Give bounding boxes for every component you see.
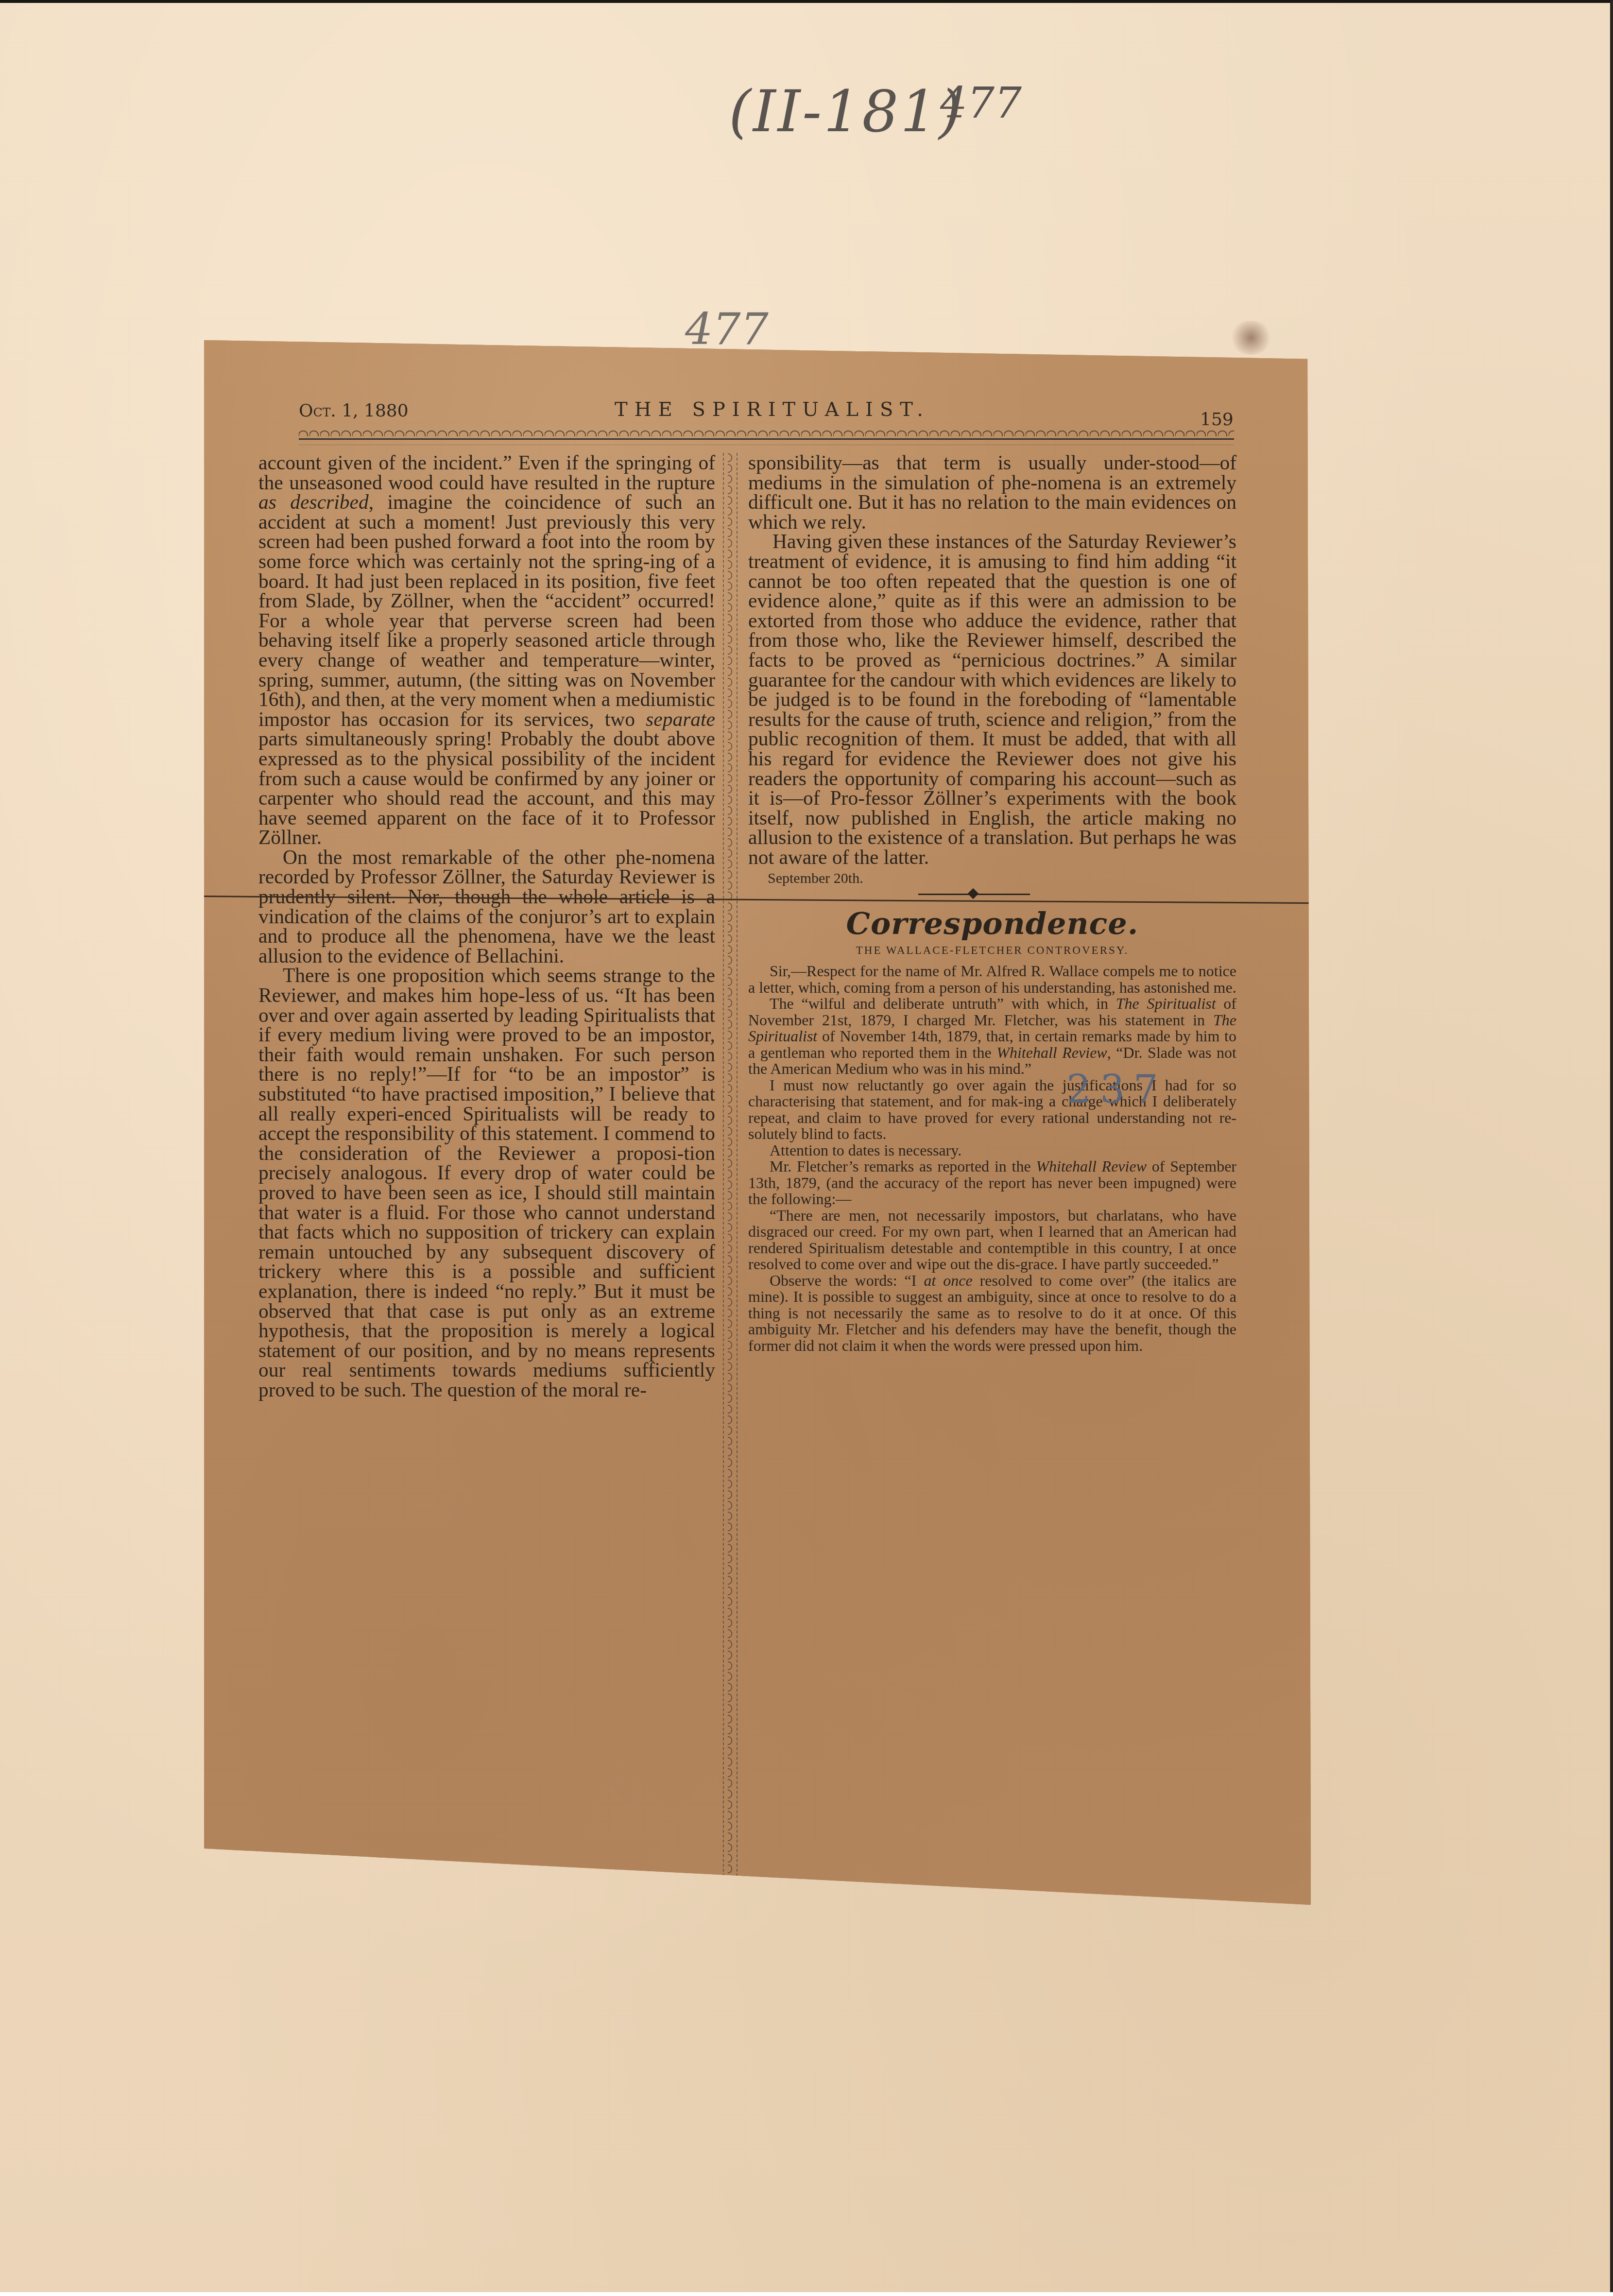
article-paragraph: account given of the incident.” Even if … bbox=[258, 453, 715, 847]
letter-title: THE WALLACE-FLETCHER CONTROVERSY. bbox=[748, 941, 1236, 961]
column-divider-ornament bbox=[723, 453, 738, 1950]
diamond-ornament-icon bbox=[968, 888, 979, 899]
article-dateline: September 20th. bbox=[768, 869, 1236, 889]
header-rule bbox=[299, 438, 1234, 440]
article-column-left: account given of the incident.” Even if … bbox=[258, 453, 715, 1400]
letter-body: Sir,—Respect for the name of Mr. Alfred … bbox=[748, 963, 1236, 1354]
article-paragraph: sponsibility—as that term is usually und… bbox=[748, 453, 1236, 532]
publication-title: THE SPIRITUALIST. bbox=[615, 398, 930, 421]
scan-edge-right bbox=[1610, 0, 1613, 2296]
letter-paragraph: Mr. Fletcher’s remarks as reported in th… bbox=[748, 1158, 1236, 1208]
newspaper-clipping: Oct. 1, 1880 THE SPIRITUALIST. 159 accou… bbox=[204, 340, 1311, 1905]
article-paragraph: Having given these instances of the Satu… bbox=[748, 532, 1236, 867]
scan-edge-top bbox=[0, 0, 1613, 3]
handwritten-folio-ink: 477 bbox=[940, 78, 1022, 128]
wavy-rule-ornament bbox=[299, 427, 1234, 436]
handwritten-catalog-mark: (II-181) bbox=[729, 78, 963, 145]
letter-paragraph: Observe the words: “I at once resolved t… bbox=[748, 1273, 1236, 1354]
section-break bbox=[748, 891, 1236, 910]
letter-paragraph: The “wilful and deliberate untruth” with… bbox=[748, 996, 1236, 1077]
article-column-right: sponsibility—as that term is usually und… bbox=[748, 453, 1236, 1354]
article-paragraph: There is one proposition which seems str… bbox=[258, 966, 715, 1399]
scan-edge-bottom bbox=[0, 2292, 1613, 2296]
letter-paragraph: Sir,—Respect for the name of Mr. Alfred … bbox=[748, 963, 1236, 996]
handwritten-clipping-number: 237 bbox=[1066, 1067, 1167, 1112]
article-paragraph: On the most remarkable of the other phe-… bbox=[258, 847, 715, 966]
section-heading-correspondence: Correspondence. bbox=[748, 914, 1236, 934]
letter-paragraph: Attention to dates is necessary. bbox=[748, 1142, 1236, 1159]
header-rule-faint bbox=[299, 445, 1234, 445]
issue-date: Oct. 1, 1880 bbox=[299, 401, 409, 421]
stain-mark bbox=[1229, 321, 1273, 355]
handwritten-folio-pencil: 477 bbox=[685, 304, 769, 355]
quoted-passage: “There are men, not necessarily impostor… bbox=[748, 1208, 1236, 1273]
